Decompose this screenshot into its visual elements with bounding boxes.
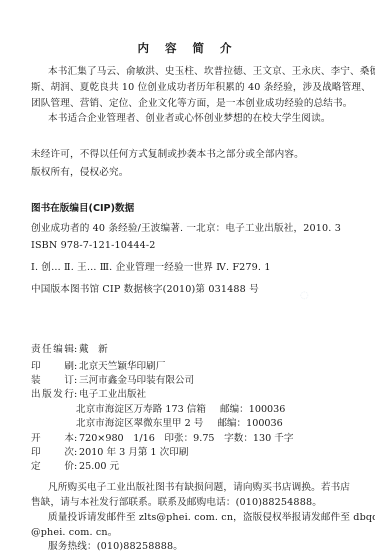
summary-para1-line1: 本书汇集了马云、俞敏洪、史玉柱、坎普拉德、王文京、王永庆、李宁、桑德 [48,66,375,78]
copyright-page: ◌ 内 容 简 介 本书汇集了马云、俞敏洪、史玉柱、坎普拉德、王文京、王永庆、李… [0,0,375,558]
bleed-through-watermark: ◌ [300,290,309,301]
address-text: 北京市海淀区翠微东里甲 2 号 [76,418,203,429]
imprint-value: 戴 新 [79,344,108,355]
imprint-address-2: 北京市海淀区翠微东里甲 2 号邮编：100036 [76,418,283,430]
cip-heading: 图书在版编目(CIP)数据 [31,200,134,214]
imprint-address-1: 北京市海淀区万寿路 173 信箱邮编：100036 [76,404,285,416]
cip-isbn: ISBN 978-7-121-10444-2 [31,240,155,252]
cip-record: 创业成功者的 40 条经验/王波编著. 一北京：电子工业出版社，2010. 3 [31,223,341,235]
service-hotline: 服务热线：(010)88258888。 [48,541,183,553]
cip-classification: Ⅰ. 创… Ⅱ. 王… Ⅲ. 企业管理一经验一世界 Ⅳ. F279. 1 [31,262,271,274]
imprint-publisher: 出版发行:电子工业出版社 [31,389,146,401]
imprint-value: 2010 年 3 月第 1 次印刷 [79,447,188,458]
imprint-label: 定价 [31,461,74,473]
imprint-format: 开本:720×980 1/16 印张：9.75 字数：130 千字 [31,433,293,445]
summary-para1-line2: 斯、胡润、夏乾良共 10 位创业成功者历年积累的 40 条经验，涉及战略管理、 [31,82,371,94]
imprint-label: 印次 [31,447,74,459]
imprint-label: 责任编辑 [31,344,74,356]
imprint-value: 25.00 元 [79,461,119,472]
summary-title: 内 容 简 介 [0,40,375,56]
rights-reserved: 版权所有，侵权必究。 [31,167,128,179]
imprint-label: 印刷 [31,361,74,373]
imprint-value: 720×980 1/16 印张：9.75 字数：130 千字 [79,433,293,444]
notice-line-4: @phei. com. cn。 [31,527,118,539]
imprint-value: 三河市鑫金马印装有限公司 [79,375,194,386]
imprint-price: 定价:25.00 元 [31,461,119,473]
imprint-label: 开本 [31,433,74,445]
summary-para2: 本书适合企业管理者、创业者或心怀创业梦想的在校大学生阅读。 [48,113,331,125]
cip-approval: 中国版本图书馆 CIP 数据核字(2010)第 031488 号 [31,284,259,296]
postcode-text: 邮编：100036 [220,404,285,415]
imprint-binder: 装订:三河市鑫金马印装有限公司 [31,375,194,387]
notice-line-1: 凡所购买电子工业出版社图书有缺损问题，请向购买书店调换。若书店 [48,482,350,494]
postcode-text: 邮编：100036 [217,418,282,429]
imprint-editor: 责任编辑:戴 新 [31,344,108,356]
notice-line-2: 售缺，请与本社发行部联系。联系及邮购电话：(010)88254888。 [31,497,322,509]
notice-line-3: 质量投诉请发邮件至 zlts@phei. com. cn，盗版侵权举报请发邮件至… [48,512,375,524]
copyright-notice: 未经许可，不得以任何方式复制或抄袭本书之部分或全部内容。 [31,149,304,161]
imprint-value: 北京天竺颖华印刷厂 [79,361,165,372]
imprint-label: 出版发行 [31,389,74,401]
imprint-label: 装订 [31,375,74,387]
imprint-printer: 印刷:北京天竺颖华印刷厂 [31,361,165,373]
imprint-value: 电子工业出版社 [79,389,146,400]
summary-para1-line3: 团队管理、营销、定位、企业文化等方面，是一本创业成功经验的总结书。 [31,98,353,110]
address-text: 北京市海淀区万寿路 173 信箱 [76,404,206,415]
imprint-impression: 印次:2010 年 3 月第 1 次印刷 [31,447,188,459]
